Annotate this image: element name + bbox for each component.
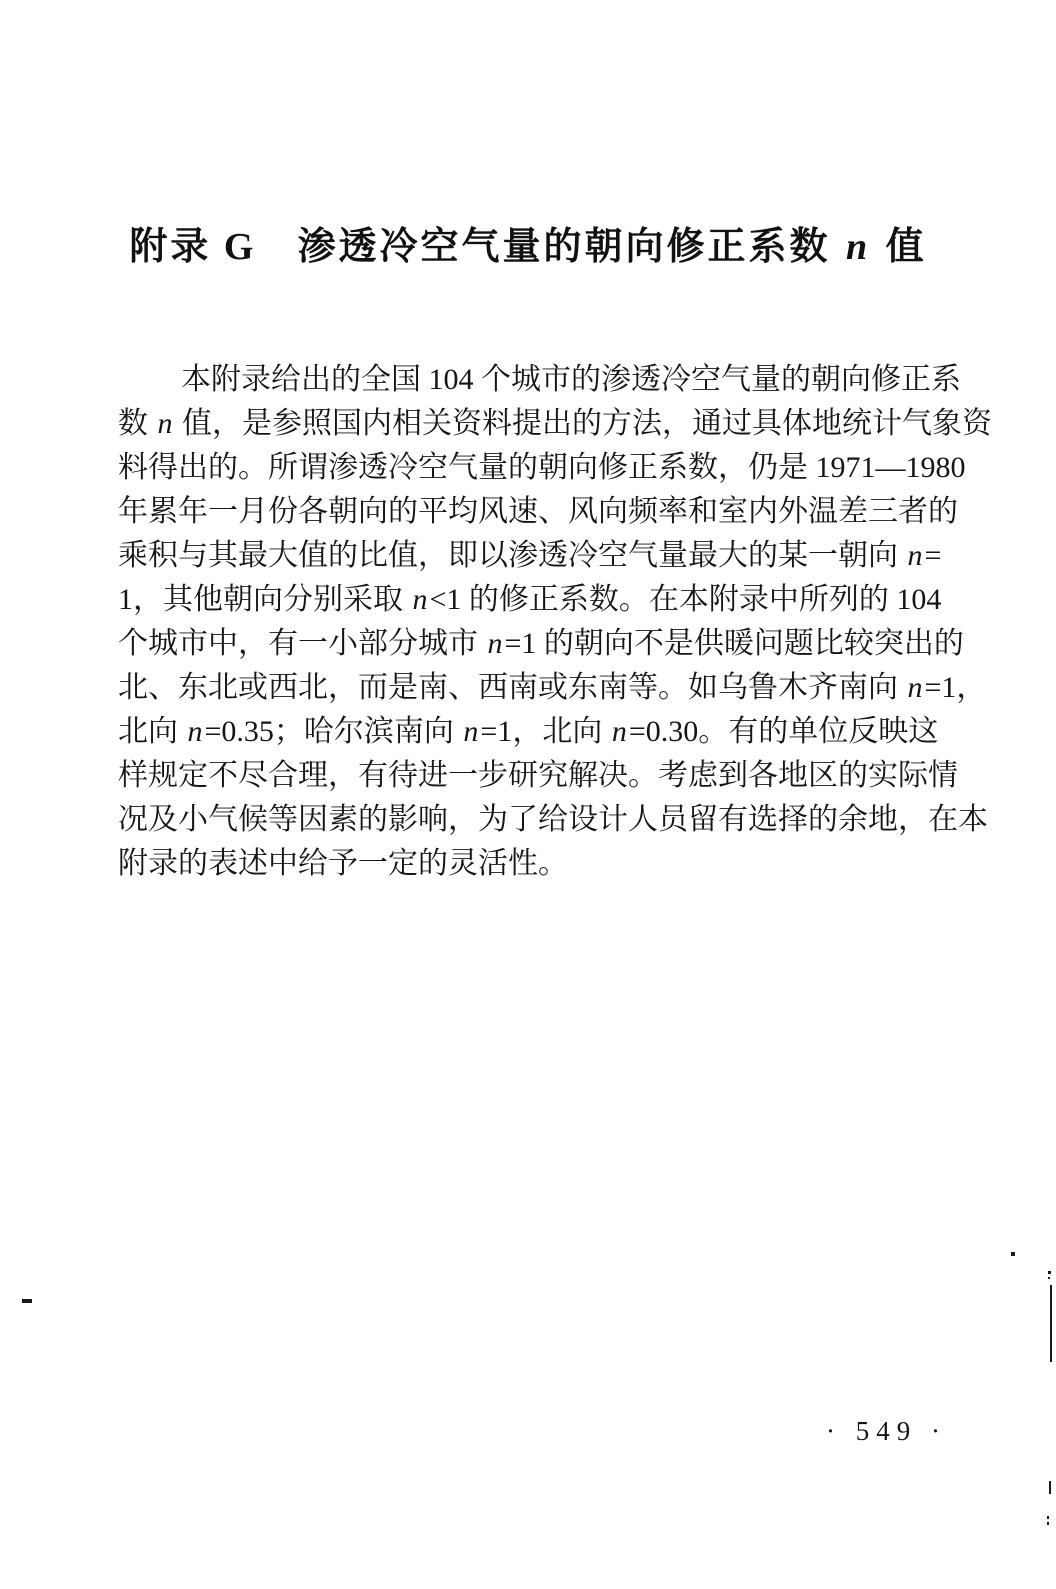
body-paragraph: 本附录给出的全国 104 个城市的渗透冷空气量的朝向修正系 数 n 值，是参照国… bbox=[118, 358, 936, 886]
paragraph-line: 料得出的。所谓渗透冷空气量的朝向修正系数，仍是 1971—1980 bbox=[118, 446, 936, 490]
paragraph-line: 北、东北或西北，而是南、西南或东南等。如乌鲁木齐南向 n=1， bbox=[118, 666, 936, 710]
scan-artifact-dot bbox=[1047, 1522, 1049, 1525]
paragraph-line: 北向 n=0.35；哈尔滨南向 n=1，北向 n=0.30。有的单位反映这 bbox=[118, 710, 936, 754]
scan-artifact-dot bbox=[1048, 1271, 1051, 1274]
paragraph-line: 数 n 值，是参照国内相关资料提出的方法，通过具体地统计气象资 bbox=[118, 402, 936, 446]
scan-artifact-speck bbox=[1011, 1252, 1015, 1256]
scan-artifact-edge-line bbox=[1050, 1285, 1052, 1362]
scan-artifact-dot bbox=[1048, 1277, 1050, 1279]
paragraph-line: 况及小气候等因素的影响，为了给设计人员留有选择的余地，在本 bbox=[118, 798, 936, 842]
scan-artifact-left-dash bbox=[22, 1299, 32, 1303]
paragraph-line: 样规定不尽合理，有待进一步研究解决。考虑到各地区的实际情 bbox=[118, 754, 936, 798]
paragraph-line: 本附录给出的全国 104 个城市的渗透冷空气量的朝向修正系 bbox=[118, 358, 936, 402]
scan-artifact-dot bbox=[1047, 1516, 1049, 1519]
paragraph-line: 附录的表述中给予一定的灵活性。 bbox=[118, 842, 936, 886]
paragraph-line: 年累年一月份各朝向的平均风速、风向频率和室内外温差三者的 bbox=[118, 490, 936, 534]
paragraph-line: 乘积与其最大值的比值，即以渗透冷空气量最大的某一朝向 n= bbox=[118, 534, 936, 578]
paragraph-line: 个城市中，有一小部分城市 n=1 的朝向不是供暖问题比较突出的 bbox=[118, 622, 936, 666]
appendix-title: 附录 G 渗透冷空气量的朝向修正系数 n 值 bbox=[0, 224, 1056, 270]
paragraph-line: 1，其他朝向分别采取 n<1 的修正系数。在本附录中所列的 104 bbox=[118, 578, 936, 622]
scan-artifact-edge-line bbox=[1049, 1481, 1051, 1494]
page-number: · 549 · bbox=[826, 1416, 947, 1446]
scanned-document-page: 附录 G 渗透冷空气量的朝向修正系数 n 值 本附录给出的全国 104 个城市的… bbox=[0, 0, 1056, 1589]
